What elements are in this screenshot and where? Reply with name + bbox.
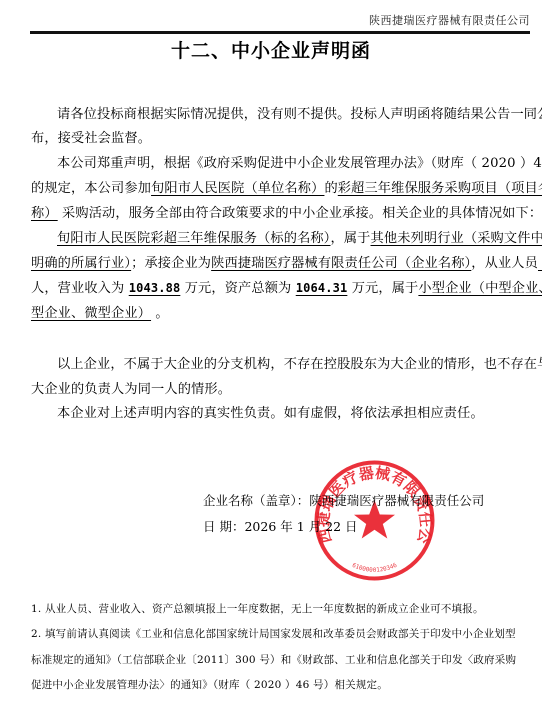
paragraph-4-line-1: 以上企业，不属于大企业的分支机构，不存在控股股东为大企业的情形，也不存在与 (57, 353, 542, 372)
employees-field: 30 (538, 256, 542, 270)
note-1: 1. 从业人员、营业收入、资产总额填报上一年度数据，无上一年度数据的新成立企业可… (31, 601, 484, 616)
header-company-name: 陕西捷瑞医疗器械有限责任公司 (369, 12, 530, 28)
enterprise-name-field: 陕西捷瑞医疗器械有限责任公司（企业名称） (211, 256, 471, 271)
header-divider (30, 31, 530, 34)
paragraph-3-line-1: 旬阳市人民医院彩超三年维保服务（标的名称），属于其他未列明行业（采购文件中 (57, 227, 542, 246)
text: 的 (324, 181, 337, 196)
paragraph-1-line-2: 布，接受社会监督。 (31, 127, 151, 146)
page-title: 十二、中小企业声明函 (0, 36, 542, 63)
paragraph-2-line-2: 的规定，本公司参加旬阳市人民医院（单位名称）的彩超三年维保服务采购项目（项目名 (31, 177, 542, 196)
date-label: 日 期： (203, 519, 244, 534)
text: 万元，属于 (352, 281, 419, 296)
project-name-field: 彩超三年维保服务采购项目（项目名 (338, 181, 542, 196)
revenue-field: 1043.88 (129, 281, 181, 295)
assets-field: 1064.31 (296, 281, 348, 295)
text: 采购活动，服务全部由符合政策要求的中小企业承接。相关企业的具体情况如下： (62, 206, 542, 221)
paragraph-3-line-2: 明确的所属行业）；承接企业为陕西捷瑞医疗器械有限责任公司（企业名称），从业人员 … (31, 252, 542, 271)
paragraph-5-line-1: 本企业对上述声明内容的真实性负责。如有虚假，将依法承担相应责任。 (57, 402, 484, 421)
date-value: 2026 年 1 月 22 日 (244, 519, 357, 534)
paragraph-2-line-3: 称） 采购活动，服务全部由符合政策要求的中小企业承接。相关企业的具体情况如下： (31, 202, 542, 221)
text: ；承接企业为 (131, 256, 211, 271)
signature-company-row: 企业名称（盖章）：陕西捷瑞医疗器械有限责任公司 (203, 491, 484, 509)
text: 。 (155, 306, 168, 321)
text: 的规定，本公司参加 (31, 181, 151, 196)
paragraph-2-line-1: 本公司郑重声明，根据《政府采购促进中小企业发展管理办法》（财库（ 2020 ）4… (57, 152, 542, 171)
unit-name-field: 旬阳市人民医院（单位名称） (151, 181, 324, 196)
paragraph-3-line-3: 人，营业收入为 1043.88 万元，资产总额为 1064.31 万元，属于小型… (31, 277, 542, 296)
note-2-line-1: 2. 填写前请认真阅读《工业和信息化部国家统计局国家发展和改革委员会财政部关于印… (31, 626, 516, 641)
note-2-line-2: 标准规定的通知》（工信部联企业〔2011〕300 号）和《财政部、工业和信息化部… (31, 652, 516, 667)
paragraph-3-line-4: 型企业、微型企业） 。 (31, 302, 169, 321)
paragraph-1-line-1: 请各位投标商根据实际情况提供，没有则不提供。投标人声明函将随结果公告一同公 (57, 103, 542, 122)
company-seal-label: 企业名称（盖章）： (203, 493, 309, 508)
enterprise-type-field: 小型企业（中型企业、小 (418, 281, 542, 296)
text: 万元，资产总额为 (185, 281, 292, 296)
industry-field-cont: 明确的所属行业） (31, 256, 131, 271)
signature-date-row: 日 期：2026 年 1 月 22 日 (203, 517, 358, 535)
text: ，属于 (331, 231, 371, 246)
text: 人，营业收入为 (31, 281, 124, 296)
industry-field: 其他未列明行业（采购文件中 (371, 231, 542, 246)
seal-code: 6100000120346 (351, 562, 399, 574)
project-name-field-cont: 称） (31, 206, 58, 221)
note-2-line-3: 促进中小企业发展管理办法〉的通知》（财库（ 2020 ）46 号）相关规定。 (31, 677, 388, 692)
text: ，从业人员 (471, 256, 538, 271)
paragraph-4-line-2: 大企业的负责人为同一人的情形。 (31, 378, 231, 397)
company-seal-value: 陕西捷瑞医疗器械有限责任公司 (309, 493, 484, 508)
svg-text:6100000120346: 6100000120346 (351, 562, 399, 574)
enterprise-type-field-cont: 型企业、微型企业） (31, 306, 151, 321)
subject-name-field: 旬阳市人民医院彩超三年维保服务（标的名称） (57, 231, 331, 246)
